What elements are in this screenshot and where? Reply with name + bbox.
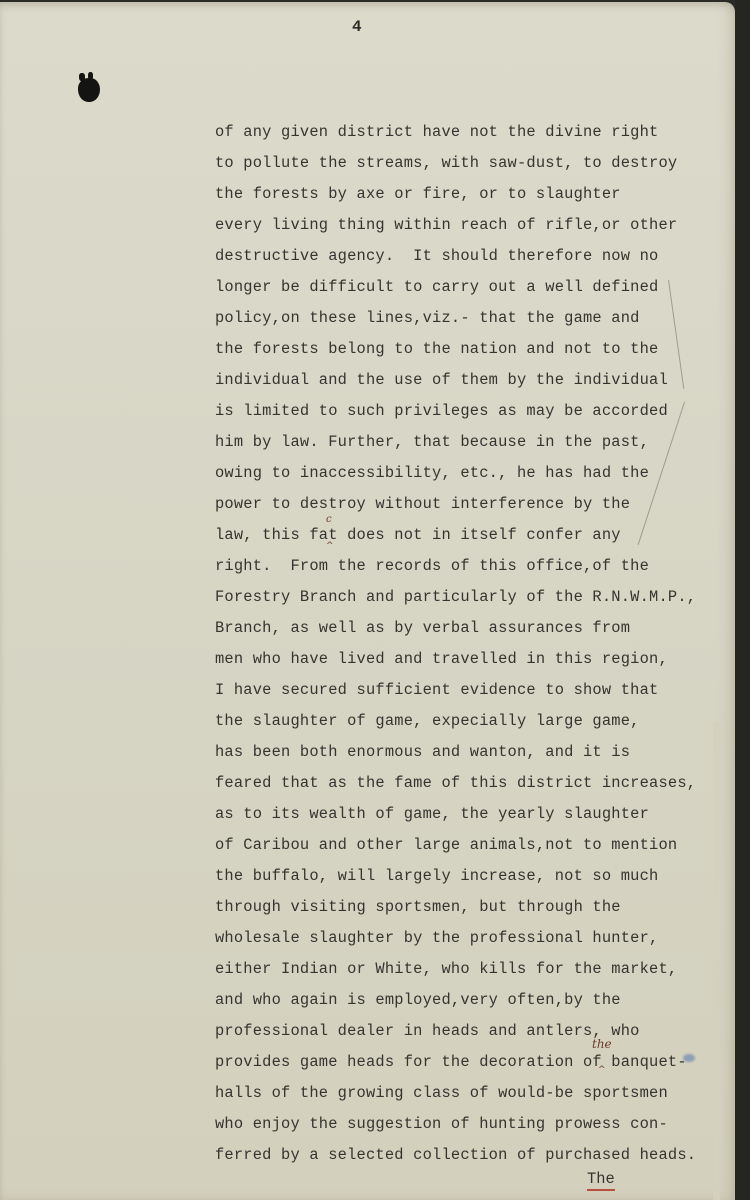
text-line: right. From the records of this office,o… bbox=[215, 554, 715, 585]
text-line: Forestry Branch and particularly of the … bbox=[215, 585, 715, 616]
text-line: the slaughter of game, expecially large … bbox=[215, 709, 715, 740]
text-line: as to its wealth of game, the yearly sla… bbox=[215, 802, 715, 833]
text-line: has been both enormous and wanton, and i… bbox=[215, 740, 715, 771]
text-line: destructive agency. It should therefore … bbox=[215, 244, 715, 275]
handwritten-insertion-c: c bbox=[326, 514, 332, 525]
text-line: through visiting sportsmen, but through … bbox=[215, 895, 715, 926]
text-line: of any given district have not the divin… bbox=[215, 120, 715, 151]
text-line: power to destroy without interference by… bbox=[215, 492, 715, 523]
text-line: either Indian or White, who kills for th… bbox=[215, 957, 715, 988]
handwritten-insertion-the: the bbox=[592, 1037, 612, 1051]
text-line: individual and the use of them by the in… bbox=[215, 368, 715, 399]
scan-background-edge bbox=[735, 0, 750, 1200]
document-page: 4 of any given district have not the div… bbox=[0, 2, 735, 1200]
text-line: Branch, as well as by verbal assurances … bbox=[215, 616, 715, 647]
text-line: provides game heads for the decoration o… bbox=[215, 1050, 715, 1081]
text-line: feared that as the fame of this district… bbox=[215, 771, 715, 802]
text-line: who enjoy the suggestion of hunting prow… bbox=[215, 1112, 715, 1143]
text-line: and who again is employed,very often,by … bbox=[215, 988, 715, 1019]
text-line: I have secured sufficient evidence to sh… bbox=[215, 678, 715, 709]
ink-blot-icon bbox=[78, 78, 100, 102]
insertion-caret-icon: ^ bbox=[598, 1065, 606, 1075]
ink-smudge bbox=[683, 1054, 695, 1062]
text-line: the forests by axe or fire, or to slaugh… bbox=[215, 182, 715, 213]
page-number: 4 bbox=[352, 18, 362, 36]
text-line: wholesale slaughter by the professional … bbox=[215, 926, 715, 957]
text-line: of Caribou and other large animals,not t… bbox=[215, 833, 715, 864]
insertion-caret-icon: ^ bbox=[326, 541, 334, 551]
text-line: law, this fat does not in itself confer … bbox=[215, 523, 715, 554]
text-line: every living thing within reach of rifle… bbox=[215, 213, 715, 244]
text-line: men who have lived and travelled in this… bbox=[215, 647, 715, 678]
text-line: halls of the growing class of would-be s… bbox=[215, 1081, 715, 1112]
torn-page-edge bbox=[713, 722, 727, 1200]
text-line: professional dealer in heads and antlers… bbox=[215, 1019, 715, 1050]
text-line: to pollute the streams, with saw-dust, t… bbox=[215, 151, 715, 182]
text-line: the buffalo, will largely increase, not … bbox=[215, 864, 715, 895]
text-line: owing to inaccessibility, etc., he has h… bbox=[215, 461, 715, 492]
text-line: is limited to such privileges as may be … bbox=[215, 399, 715, 430]
text-line: policy,on these lines,viz.- that the gam… bbox=[215, 306, 715, 337]
typed-body-text: of any given district have not the divin… bbox=[215, 120, 715, 1174]
catchword: The bbox=[587, 1170, 615, 1191]
text-line: longer be difficult to carry out a well … bbox=[215, 275, 715, 306]
text-line: him by law. Further, that because in the… bbox=[215, 430, 715, 461]
text-line: the forests belong to the nation and not… bbox=[215, 337, 715, 368]
text-line: ferred by a selected collection of purch… bbox=[215, 1143, 715, 1174]
